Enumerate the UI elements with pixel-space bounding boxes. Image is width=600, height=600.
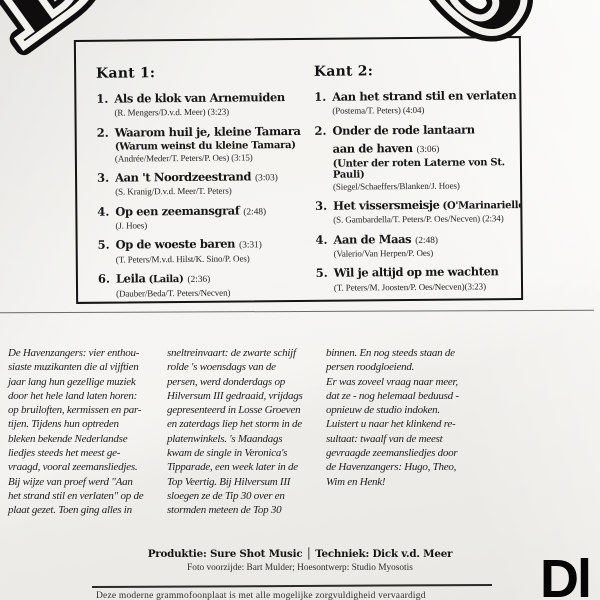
track-duration: (3:31) (239, 241, 262, 251)
track: 6.Als wij weer gaan varen(2:52)(T. Peter… (316, 296, 523, 304)
track-credits: (R. Mengers/D.v.d. Meer) (3:23) (114, 106, 300, 118)
side-2-heading: Kant 2: (314, 62, 523, 80)
track: 1.Aan het strand stil en verlaten(Postem… (314, 86, 523, 117)
track-title: Aan het strand stil en verlaten (332, 88, 516, 104)
track-number: 1. (96, 93, 114, 106)
track-title-line2: aan de haven(3:06) (333, 138, 524, 158)
production-credits: Produktie: Sure Shot Music │ Techniek: D… (140, 548, 460, 573)
track: 5.Wil je altijd op me wachten(T. Peters/… (316, 262, 524, 293)
track-number: 4. (315, 233, 333, 246)
track-credits: (Valerio/Van Herpen/P. Oes) (334, 247, 524, 259)
track-title-line: 4.Op een zeemansgraf(2:48) (97, 201, 301, 221)
track-title-note: (Laila) (148, 274, 183, 285)
track-title: Wil je altijd op me wachten (334, 265, 499, 280)
track-credits: (Dauber/Beda/T. Peters/Necven) (116, 287, 302, 299)
track-number: 5. (316, 267, 334, 280)
track-subtitle: (Unter der roten Laterne von St. Pauli) (333, 157, 523, 182)
track-duration: (3:06) (417, 145, 440, 155)
liner-notes-column-3: binnen. En nog steeds staan de persen ro… (326, 346, 478, 518)
track-duration: (2:48) (415, 235, 438, 245)
track-title-line: 1.Aan het strand stil en verlaten (314, 86, 523, 106)
track-title-line: 3.Het vissersmeisje(O'Marinariello) (315, 195, 523, 215)
track-title: Aan de Maas (333, 232, 411, 247)
track-title-line: 2.Waarom huil je, kleine Tamara (97, 122, 301, 142)
side-1-heading: Kant 1: (96, 64, 300, 82)
track-number: 6. (98, 273, 116, 286)
track-number: 3. (97, 172, 115, 185)
bottom-rule (92, 584, 492, 588)
track-number: 1. (314, 91, 332, 104)
partial-logo-fragment: Dl (540, 552, 590, 600)
divider-rule (0, 310, 594, 314)
publishers-note: Oorspronkelijke uitgeverijen: 1: Ed. Bus… (98, 303, 302, 304)
track-credits: (S. Kranig/D.v.d. Meer/T. Peters) (115, 185, 301, 197)
track-number: 6. (316, 301, 334, 304)
track-title-line: 5.Wil je altijd op me wachten (316, 262, 524, 282)
track-number: 2. (314, 124, 332, 137)
track-title-line: 6.Als wij weer gaan varen(2:52) (316, 296, 523, 304)
track-title: Als de klok van Arnemuiden (114, 90, 285, 105)
track-credits: (S. Gambardella/T. Peters/P. Oes/Necven)… (333, 213, 523, 225)
tracklist-box: Kant 1: 1.Als de klok van Arnemuiden(R. … (74, 36, 523, 304)
track: 2.Onder de rode lantaarnaan de haven(3:0… (314, 120, 523, 192)
track-title-line: 2.Onder de rode lantaarn (314, 120, 523, 140)
track-credits: (T. Peters/M. Joosten/P. Oes/Necven)(3:2… (334, 281, 523, 293)
side-2: Kant 2: 1.Aan het strand stil en verlate… (314, 62, 523, 296)
track-title-line: 3.Aan 't Noordzeestrand(3:03) (97, 167, 301, 187)
track-duration: (3:03) (255, 173, 278, 183)
track-title-cont: aan de haven (333, 141, 413, 156)
track: 4.Op een zeemansgraf(2:48)(J. Hoes) (97, 201, 301, 232)
track: 1.Als de klok van Arnemuiden(R. Mengers/… (96, 88, 300, 119)
track: 2.Waarom huil je, kleine Tamara(Warum we… (97, 122, 301, 164)
track-title: Als wij weer gaan varen (334, 299, 477, 304)
credits-photo-line: Foto voorzijde: Bart Mulder; Hoesontwerp… (140, 563, 460, 573)
track-duration: (2:48) (243, 207, 266, 217)
track: 5.Op de woeste baren(3:31)(T. Peters/M.v… (98, 234, 302, 265)
publishers-label: Oorspronkelijke uitgeverijen: (98, 303, 302, 304)
track: 4.Aan de Maas(2:48)(Valerio/Van Herpen/P… (315, 229, 523, 260)
track-number: 2. (97, 126, 115, 139)
track: 3.Aan 't Noordzeestrand(3:03)(S. Kranig/… (97, 167, 301, 198)
track-credits: (Postema/T. Peters) (4:04) (332, 104, 523, 116)
track-credits: (Siegel/Schaeffers/Blanken/J. Hoes) (333, 180, 523, 192)
track-title: Waarom huil je, kleine Tamara (115, 124, 301, 140)
track-title: Leila (116, 272, 146, 286)
track-title: Op een zeemansgraf (115, 203, 239, 218)
track-number: 4. (97, 205, 115, 218)
track-title-line: 1.Als de klok van Arnemuiden (96, 88, 300, 108)
track-credits: (T. Peters/M.v.d. Hilst/K. Sino/P. Oes) (116, 253, 302, 265)
track-title: Onder de rode lantaarn (332, 122, 474, 137)
track-title-line: 5.Op de woeste baren(3:31) (98, 234, 302, 254)
track-number: 5. (98, 239, 116, 252)
track-title-line: 6.Leila(Laila)(2:36) (98, 268, 302, 288)
side-1: Kant 1: 1.Als de klok van Arnemuiden(R. … (96, 64, 302, 298)
track-subtitle: (Warum weinst du kleine Tamara) (115, 140, 301, 153)
liner-notes: De Havenzangers: vier enthou- siaste muz… (8, 346, 488, 518)
track-duration: (2:52) (481, 302, 504, 304)
track-duration: (2:36) (187, 275, 210, 285)
track: 3.Het vissersmeisje(O'Marinariello)(S. G… (315, 195, 523, 226)
track-title: Aan 't Noordzeestrand (115, 169, 251, 184)
track-credits: (J. Hoes) (115, 219, 301, 231)
track-title: Op de woeste baren (116, 237, 236, 252)
bottom-cutoff-text: Deze moderne grammofoonplaat is met alle… (96, 591, 426, 600)
track-number: 3. (315, 200, 333, 213)
track: 6.Leila(Laila)(2:36)(Dauber/Beda/T. Pete… (98, 268, 302, 299)
track-credits: (Andrée/Meder/T. Peters/P. Oes) (3:15) (115, 152, 301, 164)
track-title-line: 4.Aan de Maas(2:48) (315, 229, 523, 249)
credits-production-line: Produktie: Sure Shot Music │ Techniek: D… (140, 548, 460, 560)
liner-notes-column-1: De Havenzangers: vier enthou- siaste muz… (8, 346, 160, 518)
track-title: Het vissersmeisje (333, 198, 439, 213)
track-title-note: (O'Marinariello) (442, 200, 523, 212)
liner-notes-column-2: sneltreinvaart: de zwarte schijf rolde '… (167, 346, 319, 518)
